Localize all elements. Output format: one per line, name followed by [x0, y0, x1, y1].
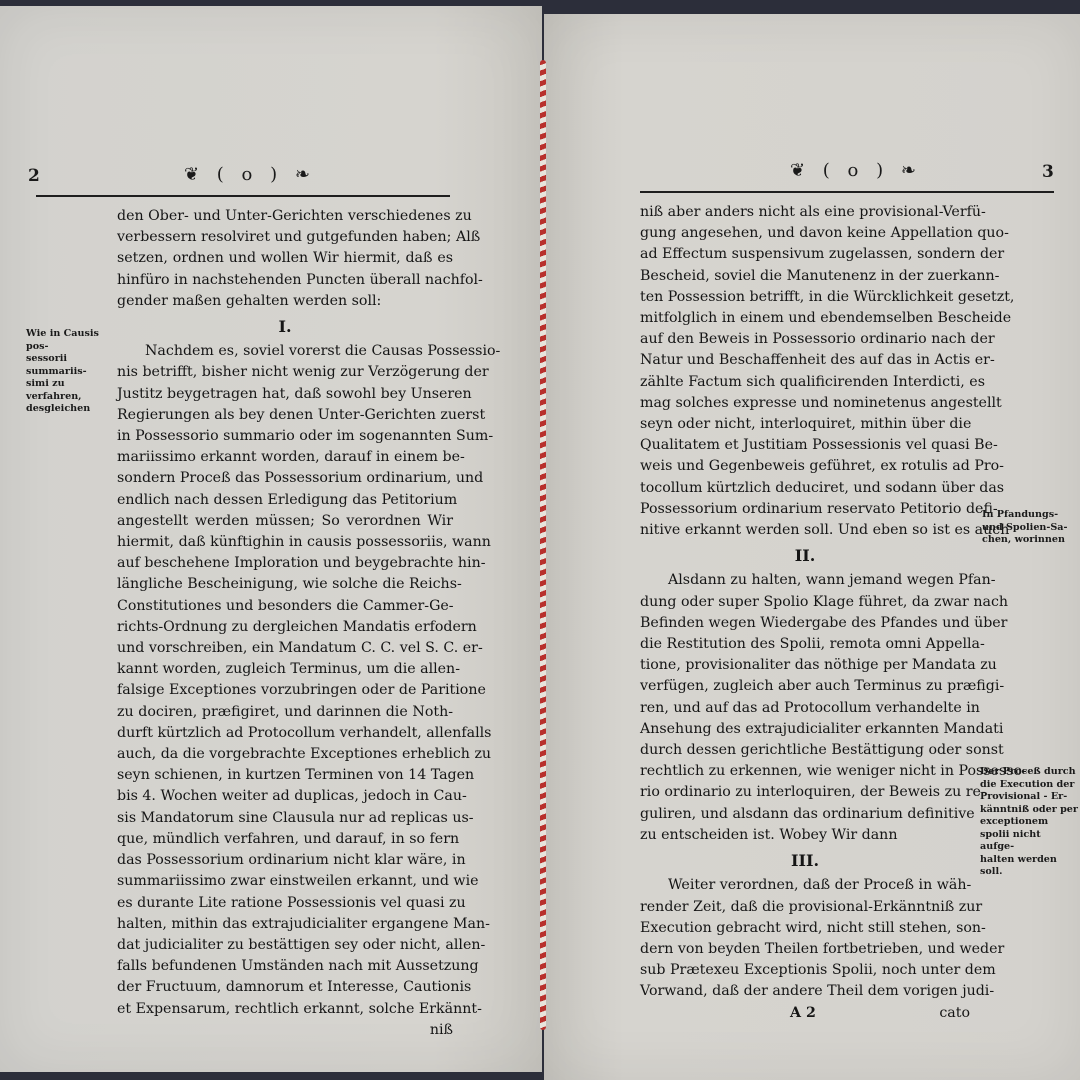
text-line: endlich nach dessen Erledigung das Petit…	[117, 490, 453, 511]
text-line: der Fructuum, damnorum et Interesse, Cau…	[117, 977, 453, 998]
text-line: nitive erkannt werden soll. Und eben so …	[640, 520, 970, 541]
text-line: dat judicialiter zu bestättigen sey oder…	[117, 935, 453, 956]
text-line: tione, provisionaliter das nöthige per M…	[640, 655, 970, 676]
margin-note-line: känntniß oder per	[980, 804, 1078, 817]
right-page: ❦ ( o ) ❧ 3 niß aber anders nicht als ei…	[544, 14, 1080, 1080]
text-line: Befinden wegen Wiedergabe des Pfandes un…	[640, 613, 970, 634]
text-line: rio ordinario zu interloquiren, der Bewe…	[640, 782, 970, 803]
text-line: zählte Factum sich qualificirenden Inter…	[640, 372, 970, 393]
text-line: und vorschreiben, ein Mandatum C. C. vel…	[117, 638, 453, 659]
text-line: sondern Proceß das Possessorium ordinari…	[117, 468, 453, 489]
text-line: richts-Ordnung zu dergleichen Mandatis e…	[117, 617, 453, 638]
text-line: que, mündlich verfahren, und darauf, in …	[117, 829, 453, 850]
text-line: Qualitatem et Justitiam Possessionis vel…	[640, 435, 970, 456]
margin-note-process: Der Proceß durchdie Execution derProvisi…	[980, 766, 1078, 879]
text-line: auch, da die vorgebrachte Exceptiones er…	[117, 744, 453, 765]
text-line: Regierungen als bey denen Unter-Gerichte…	[117, 405, 453, 426]
text-line: kannt worden, zugleich Terminus, um die …	[117, 659, 453, 680]
catchword-right: cato	[939, 1003, 970, 1024]
text-line: zu entscheiden ist. Wobey Wir dann	[640, 825, 970, 846]
page-number-left: 2	[28, 166, 40, 186]
text-line: mitfolglich in einem und ebendemselben B…	[640, 308, 970, 329]
text-line: et Expensarum, rechtlich erkannt, solche…	[117, 999, 453, 1020]
text-line: ten Possession betrifft, in die Würcklic…	[640, 287, 970, 308]
text-line: auf beschehene Imploration und beygebrac…	[117, 553, 453, 574]
text-line: weis und Gegenbeweis geführet, ex rotuli…	[640, 456, 970, 477]
margin-note-line: exceptionem	[980, 816, 1078, 829]
text-line: seyn schienen, in kurtzen Terminen von 1…	[117, 765, 453, 786]
text-line: Weiter verordnen, daß der Proceß in wäh-	[640, 875, 970, 896]
text-line: durft kürtzlich ad Protocollum verhandel…	[117, 723, 453, 744]
text-line: guliren, und alsdann das ordinarium defi…	[640, 804, 970, 825]
text-line: gender maßen gehalten werden soll:	[117, 291, 453, 312]
header-ornament-right: ❦ ( o ) ❧	[790, 160, 922, 181]
text-line: Natur und Beschaffenheit des auf das in …	[640, 350, 970, 371]
text-line: in Possessorio summario oder im sogenann…	[117, 426, 453, 447]
margin-note-line: halten werden soll.	[980, 854, 1078, 879]
text-line: niß aber anders nicht als eine provision…	[640, 202, 970, 223]
section-number-1: I.	[117, 316, 453, 337]
margin-note-line: und Spolien-Sa-	[982, 522, 1078, 535]
margin-note-pfandungs: In Pfandungs-und Spolien-Sa-chen, worinn…	[982, 509, 1078, 547]
text-line: Possessorium ordinarium reservato Petito…	[640, 499, 970, 520]
text-line: seyn oder nicht, interloquiret, mithin ü…	[640, 414, 970, 435]
text-line: Justitz beygetragen hat, daß sowohl bey …	[117, 384, 453, 405]
right-body-text: niß aber anders nicht als eine provision…	[640, 202, 970, 1024]
margin-note-line: die Execution der	[980, 779, 1078, 792]
text-line: rechtlich zu erkennen, wie weniger nicht…	[640, 761, 970, 782]
section-number-3: III.	[640, 850, 970, 871]
section-number-2: II.	[640, 545, 970, 566]
page-number-right: 3	[1042, 162, 1054, 182]
text-line: mag solches expresse und nominetenus ang…	[640, 393, 970, 414]
margin-note-line: Der Proceß durch	[980, 766, 1078, 779]
text-line: Bescheid, soviel die Manutenenz in der z…	[640, 266, 970, 287]
margin-note-line: sessorii summariis-	[26, 353, 116, 378]
header-rule-right	[640, 191, 1054, 193]
text-line: mariissimo erkannt worden, darauf in ein…	[117, 447, 453, 468]
text-line: sub Prætexeu Exceptionis Spolii, noch un…	[640, 960, 970, 981]
text-line: angestellt werden müssen; So verordnen W…	[117, 511, 453, 532]
text-line: Vorwand, daß der andere Theil dem vorige…	[640, 981, 970, 1002]
margin-note-line: Wie in Causis pos-	[26, 328, 116, 353]
left-page: 2 ❦ ( o ) ❧ Wie in Causis pos-sessorii s…	[0, 6, 542, 1072]
margin-note-causis: Wie in Causis pos-sessorii summariis-sim…	[26, 328, 116, 416]
margin-note-line: desgleichen	[26, 403, 116, 416]
catchword-left: niß	[117, 1020, 453, 1041]
text-line: Execution gebracht wird, nicht still ste…	[640, 918, 970, 939]
text-line: es durante Lite ratione Possessionis vel…	[117, 893, 453, 914]
text-line: hiermit, daß künftighin in causis posses…	[117, 532, 453, 553]
text-line: halten, mithin das extrajudicialiter erg…	[117, 914, 453, 935]
text-line: den Ober- und Unter-Gerichten verschiede…	[117, 206, 453, 227]
text-line: Ansehung des extrajudicialiter erkannten…	[640, 719, 970, 740]
text-line: setzen, ordnen und wollen Wir hiermit, d…	[117, 248, 453, 269]
text-line: hinfüro in nachstehenden Puncten überall…	[117, 270, 453, 291]
header-ornament-left: ❦ ( o ) ❧	[184, 164, 316, 185]
margin-note-line: Provisional - Er-	[980, 791, 1078, 804]
header-rule-left	[36, 195, 450, 197]
text-line: verfügen, zugleich aber auch Terminus zu…	[640, 676, 970, 697]
text-line: dern von beyden Theilen fortbetrieben, u…	[640, 939, 970, 960]
text-line: auf den Beweis in Possessorio ordinario …	[640, 329, 970, 350]
text-line: tocollum kürtzlich deduciret, und sodann…	[640, 478, 970, 499]
text-line: sis Mandatorum sine Clausula nur ad repl…	[117, 808, 453, 829]
text-line: Alsdann zu halten, wann jemand wegen Pfa…	[640, 570, 970, 591]
binding-thread	[540, 60, 546, 1030]
text-line: bis 4. Wochen weiter ad duplicas, jedoch…	[117, 786, 453, 807]
margin-note-line: spolii nicht aufge-	[980, 829, 1078, 854]
text-line: das Possessorium ordinarium nicht klar w…	[117, 850, 453, 871]
margin-note-line: In Pfandungs-	[982, 509, 1078, 522]
text-line: Constitutiones und besonders die Cammer-…	[117, 596, 453, 617]
text-line: render Zeit, daß die provisional-Erkännt…	[640, 897, 970, 918]
text-line: ad Effectum suspensivum zugelassen, sond…	[640, 244, 970, 265]
margin-note-line: chen, worinnen	[982, 534, 1078, 547]
text-line: verbessern resolviret und gutgefunden ha…	[117, 227, 453, 248]
text-line: längliche Bescheinigung, wie solche die …	[117, 574, 453, 595]
signature-mark: A 2	[790, 1003, 816, 1024]
text-line: die Restitution des Spolii, remota omni …	[640, 634, 970, 655]
text-line: Nachdem es, soviel vorerst die Causas Po…	[117, 341, 453, 362]
text-line: gung angesehen, und davon keine Appellat…	[640, 223, 970, 244]
text-line: zu dociren, præfigiret, und darinnen die…	[117, 702, 453, 723]
text-line: ren, und auf das ad Protocollum verhande…	[640, 698, 970, 719]
text-line: falsige Exceptiones vorzubringen oder de…	[117, 680, 453, 701]
book-spread: 2 ❦ ( o ) ❧ Wie in Causis pos-sessorii s…	[0, 0, 1080, 1080]
text-line: summariissimo zwar einstweilen erkannt, …	[117, 871, 453, 892]
text-line: nis betrifft, bisher nicht wenig zur Ver…	[117, 362, 453, 383]
margin-note-line: simi zu verfahren,	[26, 378, 116, 403]
text-line: falls befundenen Umständen nach mit Auss…	[117, 956, 453, 977]
left-body-text: den Ober- und Unter-Gerichten verschiede…	[117, 206, 453, 1041]
text-line: dung oder super Spolio Klage führet, da …	[640, 592, 970, 613]
text-line: durch dessen gerichtliche Bestättigung o…	[640, 740, 970, 761]
